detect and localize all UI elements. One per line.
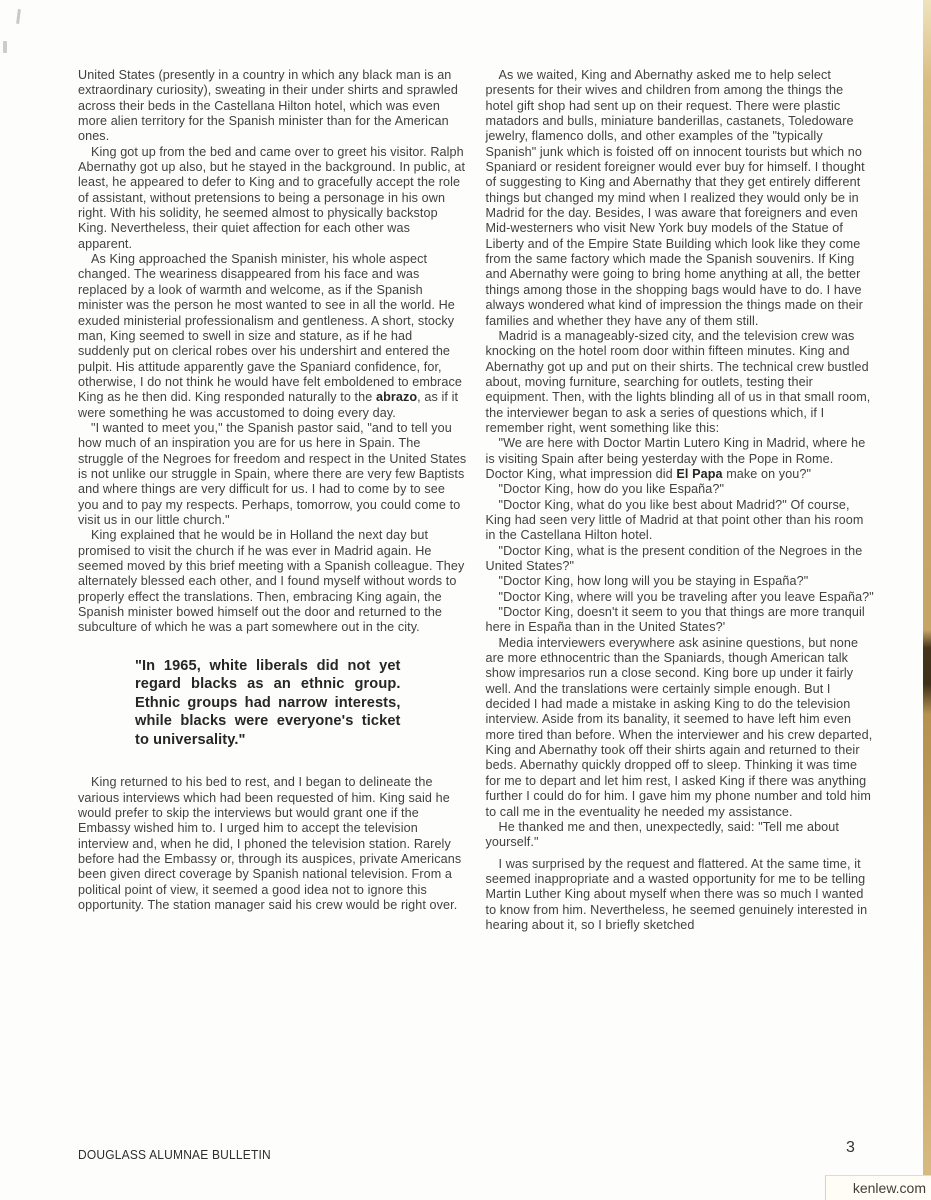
paragraph: I was surprised by the request and flatt…	[486, 857, 875, 934]
body-text: As King approached the Spanish minister,…	[78, 252, 462, 404]
pull-quote: "In 1965, white liberals did not yet reg…	[135, 657, 401, 750]
body-text: United States (presently in a country in…	[78, 68, 458, 143]
paragraph: King explained that he would be in Holla…	[78, 528, 467, 635]
paragraph: "Doctor King, how do you like España?"	[486, 482, 875, 497]
paragraph: "We are here with Doctor Martin Lutero K…	[486, 436, 875, 482]
body-text: Media interviewers everywhere ask asinin…	[486, 636, 873, 819]
body-text: "Doctor King, how do you like España?"	[499, 482, 725, 496]
left-column: United States (presently in a country in…	[78, 68, 467, 933]
body-text: "Doctor King, where will you be travelin…	[499, 590, 874, 604]
body-text: "Doctor King, doesn't it seem to you tha…	[486, 605, 865, 634]
scan-edge-strip	[923, 0, 931, 1200]
body-text: As we waited, King and Abernathy asked m…	[486, 68, 865, 328]
body-text: I was surprised by the request and flatt…	[486, 857, 868, 932]
paragraph: "Doctor King, where will you be travelin…	[486, 590, 875, 605]
paragraph: As we waited, King and Abernathy asked m…	[486, 68, 875, 329]
body-text: make on you?"	[723, 467, 811, 481]
paragraph: "Doctor King, what is the present condit…	[486, 544, 875, 575]
paragraph: "Doctor King, what do you like best abou…	[486, 498, 875, 544]
page-number: 3	[846, 1139, 855, 1157]
watermark-text: kenlew.com	[853, 1180, 926, 1196]
paragraph: "Doctor King, how long will you be stayi…	[486, 574, 875, 589]
bold-text: "In 1965, white liberals did not yet reg…	[135, 658, 401, 748]
body-text: King got up from the bed and came over t…	[78, 145, 465, 251]
paragraph: As King approached the Spanish minister,…	[78, 252, 467, 421]
body-text: He thanked me and then, unexpectedly, sa…	[486, 820, 839, 849]
paragraph: "I wanted to meet you," the Spanish past…	[78, 421, 467, 528]
scan-artifact	[3, 41, 7, 53]
body-text: King explained that he would be in Holla…	[78, 528, 464, 634]
paragraph: Media interviewers everywhere ask asinin…	[486, 636, 875, 820]
paragraph: "Doctor King, doesn't it seem to you tha…	[486, 605, 875, 636]
article-body: United States (presently in a country in…	[78, 68, 874, 933]
watermark: kenlew.com	[825, 1175, 931, 1200]
body-text: "Doctor King, what is the present condit…	[486, 544, 863, 573]
paragraph: United States (presently in a country in…	[78, 68, 467, 145]
paragraph: He thanked me and then, unexpectedly, sa…	[486, 820, 875, 851]
paragraph: King returned to his bed to rest, and I …	[78, 775, 467, 913]
right-column: As we waited, King and Abernathy asked m…	[486, 68, 875, 933]
bold-text: El Papa	[676, 467, 722, 481]
body-text: "Doctor King, what do you like best abou…	[486, 498, 864, 543]
body-text: King returned to his bed to rest, and I …	[78, 775, 461, 912]
paragraph: King got up from the bed and came over t…	[78, 145, 467, 252]
body-text: Madrid is a manageably-sized city, and t…	[486, 329, 871, 435]
bulletin-title: DOUGLASS ALUMNAE BULLETIN	[78, 1148, 271, 1162]
scan-artifact	[16, 9, 21, 24]
paragraph: Madrid is a manageably-sized city, and t…	[486, 329, 875, 436]
body-text: "Doctor King, how long will you be stayi…	[499, 574, 809, 588]
body-text: "I wanted to meet you," the Spanish past…	[78, 421, 466, 527]
scanned-page: United States (presently in a country in…	[0, 0, 931, 1200]
bold-text: abrazo	[376, 390, 417, 404]
